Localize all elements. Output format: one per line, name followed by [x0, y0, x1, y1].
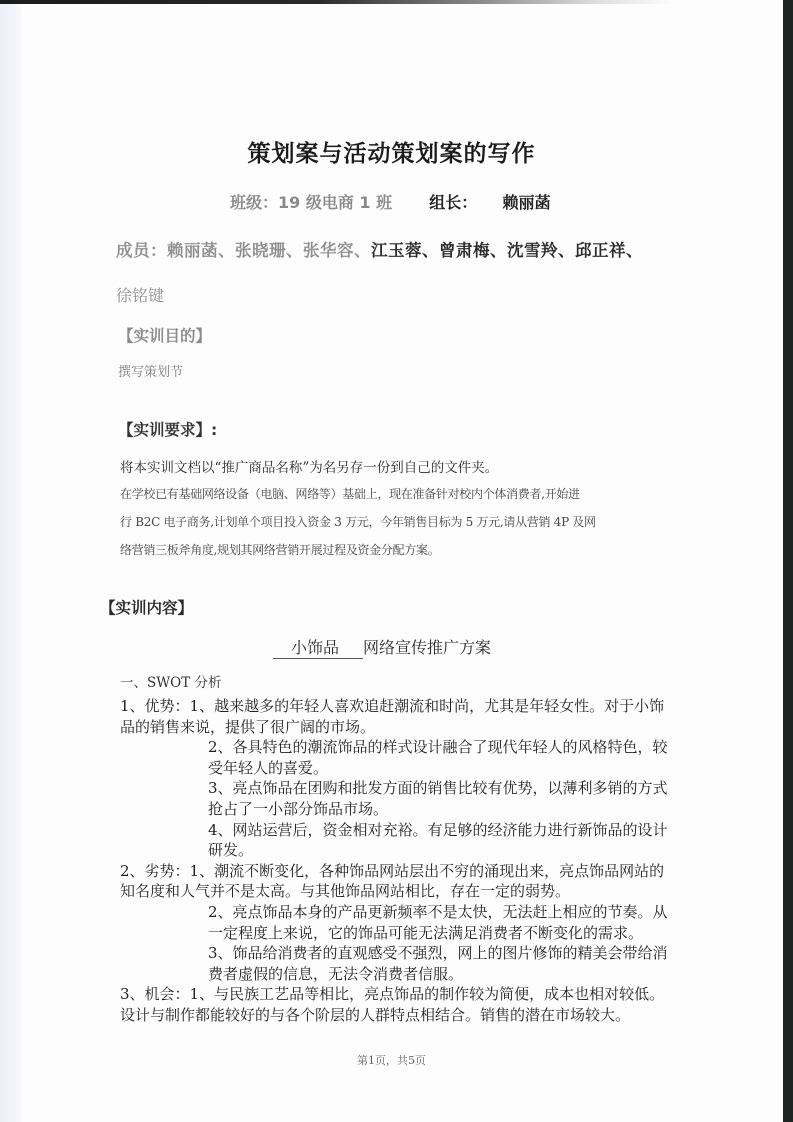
swot-paragraph: 3、亮点饰品在团购和批发方面的销售比较有优势，以薄利多销的方式抢占了一小部分饰品… — [120, 778, 675, 819]
members-light: 赖丽菡、张晓珊、张华容、 — [167, 241, 371, 260]
plan-blank-underline — [343, 642, 363, 659]
swot-paragraph: 1、优势：1、越来越多的年轻人喜欢追赶潮流和时尚，尤其是年轻女性。对于小饰品的销… — [120, 696, 675, 737]
swot-paragraph: 3、饰品给消费者的直观感受不强烈，网上的图片修饰的精美会带给消费者虚假的信息，无… — [120, 943, 675, 984]
class-info: 班级：19 级电商 1 班 组长： 赖丽菡 — [230, 190, 550, 213]
page-number: 第1页，共5页 — [0, 1052, 783, 1068]
members-dark: 江玉蓉、曾肃梅、沈雪羚、邱正祥、 — [371, 241, 643, 260]
leader-label: 组长： — [429, 193, 477, 212]
swot-paragraph: 2、亮点饰品本身的产品更新频率不是太快，无法赶上相应的节奏。从一定程度上来说，它… — [120, 902, 675, 943]
swot-paragraph: 2、劣势：1、潮流不断变化，各种饰品网站层出不穷的涌现出来，亮点饰品网站的知名度… — [120, 861, 675, 902]
requirements-heading: 【实训要求】: — [118, 418, 217, 440]
requirement-line: 络营销三板斧角度,规划其网络营销开展过程及资金分配方案。 — [120, 541, 439, 558]
leader-name: 赖丽菡 — [502, 193, 550, 212]
members-continued: 徐铭键 — [116, 283, 164, 306]
requirement-line: 行 B2C 电子商务,计划单个项目投入资金 3 万元，今年销售目标为 5 万元,… — [120, 513, 596, 530]
requirement-line: 将本实训文档以“推广商品名称”为名另存一份到自己的文件夹。 — [120, 456, 498, 476]
swot-body: 1、优势：1、越来越多的年轻人喜欢追赶潮流和时尚，尤其是年轻女性。对于小饰品的销… — [120, 696, 675, 1026]
purpose-text: 撰写策划节 — [118, 361, 183, 380]
swot-paragraph: 4、网站运营后，资金相对充裕。有足够的经济能力进行新饰品的设计研发。 — [120, 820, 675, 861]
plan-title-rest: 网络宣传推广方案 — [363, 638, 491, 657]
scan-right-edge — [783, 0, 793, 1122]
plan-title: 小饰品网络宣传推广方案 — [273, 635, 491, 659]
members-line: 成员：赖丽菡、张晓珊、张华容、江玉蓉、曾肃梅、沈雪羚、邱正祥、 — [116, 237, 643, 261]
purpose-heading: 【实训目的】 — [118, 324, 211, 346]
content-heading: 【实训内容】 — [100, 596, 193, 618]
requirement-line: 在学校已有基础网络设备（电脑、网络等）基础上，现在准备针对校内个体消费者,开始进 — [120, 485, 580, 502]
swot-heading: 一、SWOT 分析 — [120, 671, 222, 691]
document-page: 策划案与活动策划案的写作 班级：19 级电商 1 班 组长： 赖丽菡 成员：赖丽… — [0, 0, 783, 1122]
document-title: 策划案与活动策划案的写作 — [0, 135, 783, 168]
members-label: 成员： — [116, 241, 167, 260]
swot-paragraph: 2、各具特色的潮流饰品的样式设计融合了现代年轻人的风格特色，较受年轻人的喜爱。 — [120, 737, 675, 778]
plan-product: 小饰品 — [273, 635, 343, 659]
class-label: 班级：19 级电商 1 班 — [230, 193, 392, 212]
swot-paragraph: 3、机会：1、与民族工艺品等相比，亮点饰品的制作较为简便，成本也相对较低。设计与… — [120, 984, 675, 1025]
